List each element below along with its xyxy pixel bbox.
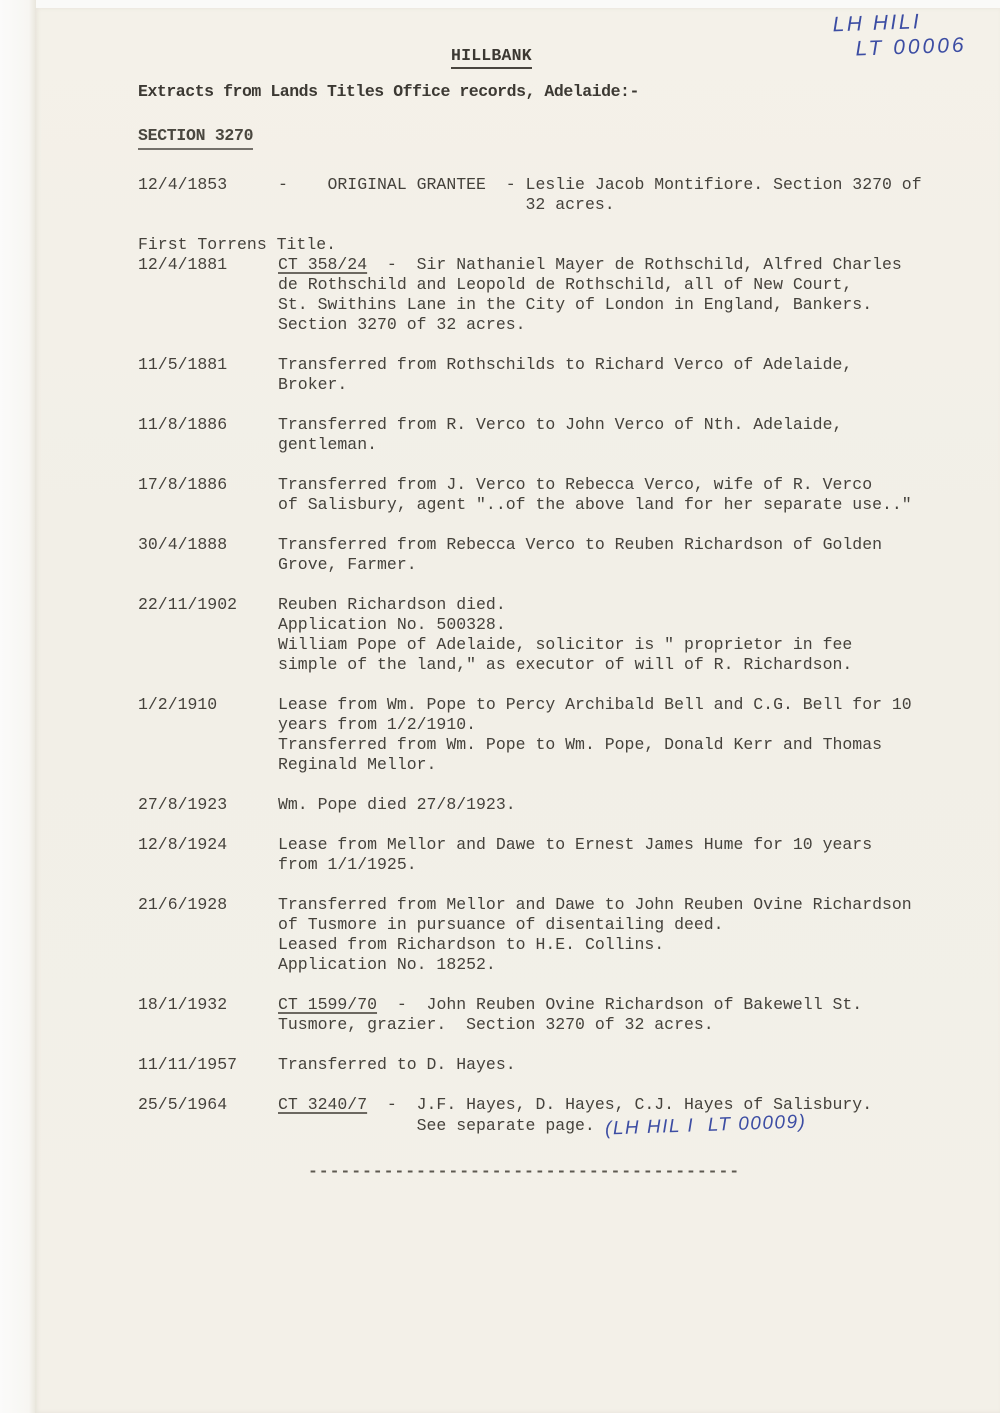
entry-line: Broker. bbox=[278, 375, 980, 395]
lead-line: First Torrens Title. bbox=[138, 235, 980, 255]
record-entry: 11/11/1957Transferred to D. Hayes. bbox=[138, 1055, 980, 1075]
entry-line-text: Lease from Mellor and Dawe to Ernest Jam… bbox=[278, 835, 872, 854]
title-row: HILLBANK bbox=[138, 46, 980, 69]
record-entry: 30/4/1888Transferred from Rebecca Verco … bbox=[138, 535, 980, 575]
entry-line: St. Swithins Lane in the City of London … bbox=[278, 295, 980, 315]
entry-line-text: Transferred to D. Hayes. bbox=[278, 1055, 516, 1074]
entry-line-text: Section 3270 of 32 acres. bbox=[278, 315, 526, 334]
entry-description: Reuben Richardson died.Application No. 5… bbox=[278, 595, 980, 675]
entry-line: Grove, Farmer. bbox=[278, 555, 980, 575]
entry-date: 22/11/1902 bbox=[138, 595, 278, 675]
entry-line: from 1/1/1925. bbox=[278, 855, 980, 875]
entry-date: 11/8/1886 bbox=[138, 415, 278, 455]
entry-line-text: simple of the land," as executor of will… bbox=[278, 655, 852, 674]
entry-line-text: of Salisbury, agent "..of the above land… bbox=[278, 495, 912, 514]
record-entry: 11/5/1881Transferred from Rothschilds to… bbox=[138, 355, 980, 395]
entry-line-text: de Rothschild and Leopold de Rothschild,… bbox=[278, 275, 852, 294]
record-entry: 25/5/1964CT 3240/7 - J.F. Hayes, D. Haye… bbox=[138, 1095, 980, 1136]
entry-line-text: from 1/1/1925. bbox=[278, 855, 417, 874]
entry-date: 17/8/1886 bbox=[138, 475, 278, 515]
entry-line: of Salisbury, agent "..of the above land… bbox=[278, 495, 980, 515]
entry-line-text: Reuben Richardson died. bbox=[278, 595, 506, 614]
entry-line: 32 acres. bbox=[278, 195, 980, 215]
entry-line: Transferred from Wm. Pope to Wm. Pope, D… bbox=[278, 735, 980, 755]
section-heading-row: SECTION 3270 bbox=[138, 126, 980, 150]
entry-line: Transferred from Rebecca Verco to Reuben… bbox=[278, 535, 980, 555]
entry-line-text: Transferred from J. Verco to Rebecca Ver… bbox=[278, 475, 872, 494]
entry-line-text: Grove, Farmer. bbox=[278, 555, 417, 574]
record-entry: 27/8/1923Wm. Pope died 27/8/1923. bbox=[138, 795, 980, 815]
entry-date: 11/11/1957 bbox=[138, 1055, 278, 1075]
entry-line-text: - Sir Nathaniel Mayer de Rothschild, Alf… bbox=[367, 255, 902, 274]
entry-date: 12/4/1853 bbox=[138, 175, 278, 215]
record-entry: 17/8/1886Transferred from J. Verco to Re… bbox=[138, 475, 980, 515]
entry-line: See separate page. (LH HIL I LT 00009) bbox=[278, 1115, 980, 1136]
entry-line: Leased from Richardson to H.E. Collins. bbox=[278, 935, 980, 955]
entry-description: Lease from Mellor and Dawe to Ernest Jam… bbox=[278, 835, 980, 875]
entry-description: Transferred from Rothschilds to Richard … bbox=[278, 355, 980, 395]
entry-line-text: Tusmore, grazier. Section 3270 of 32 acr… bbox=[278, 1015, 714, 1034]
record-entry: 21/6/1928Transferred from Mellor and Daw… bbox=[138, 895, 980, 975]
entry-line-text: Transferred from Rebecca Verco to Reuben… bbox=[278, 535, 882, 554]
entry-line: Lease from Wm. Pope to Percy Archibald B… bbox=[278, 695, 980, 715]
entry-line-text: 32 acres. bbox=[526, 195, 615, 214]
entry-line-text: Application No. 18252. bbox=[278, 955, 496, 974]
entry-line: gentleman. bbox=[278, 435, 980, 455]
entry-description: Wm. Pope died 27/8/1923. bbox=[278, 795, 980, 815]
entry-date: 18/1/1932 bbox=[138, 995, 278, 1035]
entry-line: William Pope of Adelaide, solicitor is "… bbox=[278, 635, 980, 655]
document-subtitle: Extracts from Lands Titles Office record… bbox=[138, 82, 980, 102]
entry-line-text: - John Reuben Ovine Richardson of Bakewe… bbox=[377, 995, 862, 1014]
entry-description: Transferred from Mellor and Dawe to John… bbox=[278, 895, 980, 975]
entry-line-text: Application No. 500328. bbox=[278, 615, 506, 634]
entry-date: 21/6/1928 bbox=[138, 895, 278, 975]
entry-line: Lease from Mellor and Dawe to Ernest Jam… bbox=[278, 835, 980, 855]
entry-line: Reginald Mellor. bbox=[278, 755, 980, 775]
entry-line: simple of the land," as executor of will… bbox=[278, 655, 980, 675]
entry-line-text: Transferred from Wm. Pope to Wm. Pope, D… bbox=[278, 735, 882, 754]
record-entries: 12/4/1853- ORIGINAL GRANTEE - Leslie Jac… bbox=[138, 175, 980, 1136]
entry-description: Transferred from Rebecca Verco to Reuben… bbox=[278, 535, 980, 575]
entry-line-text: of Tusmore in pursuance of disentailing … bbox=[278, 915, 724, 934]
entry-description: CT 358/24 - Sir Nathaniel Mayer de Roths… bbox=[278, 255, 980, 335]
entry-description: Transferred from R. Verco to John Verco … bbox=[278, 415, 980, 455]
entry-line-text: Transferred from R. Verco to John Verco … bbox=[278, 415, 842, 434]
entry-line-text: gentleman. bbox=[278, 435, 377, 454]
document-page: LH HILI LT 00006 HILLBANK Extracts from … bbox=[35, 8, 1000, 1413]
entry-line: CT 3240/7 - J.F. Hayes, D. Hayes, C.J. H… bbox=[278, 1095, 980, 1115]
entry-line: Reuben Richardson died. bbox=[278, 595, 980, 615]
entry-line: Transferred from Mellor and Dawe to John… bbox=[278, 895, 980, 915]
entry-date: 25/5/1964 bbox=[138, 1095, 278, 1136]
entry-line: Transferred to D. Hayes. bbox=[278, 1055, 980, 1075]
entry-line: Application No. 500328. bbox=[278, 615, 980, 635]
entry-description: - ORIGINAL GRANTEE - Leslie Jacob Montif… bbox=[278, 175, 980, 215]
record-entry: 18/1/1932CT 1599/70 - John Reuben Ovine … bbox=[138, 995, 980, 1035]
record-entry: 22/11/1902Reuben Richardson died.Applica… bbox=[138, 595, 980, 675]
entry-line-text: years from 1/2/1910. bbox=[278, 715, 476, 734]
handwritten-annotation-inline: (LH HIL I LT 00009) bbox=[604, 1112, 806, 1139]
entry-description: Lease from Wm. Pope to Percy Archibald B… bbox=[278, 695, 980, 775]
entry-date: 11/5/1881 bbox=[138, 355, 278, 395]
page-title: HILLBANK bbox=[451, 46, 532, 69]
entry-date: 30/4/1888 bbox=[138, 535, 278, 575]
entry-line-text: Transferred from Rothschilds to Richard … bbox=[278, 355, 852, 374]
entry-line-text: Wm. Pope died 27/8/1923. bbox=[278, 795, 516, 814]
record-entry: 11/8/1886Transferred from R. Verco to Jo… bbox=[138, 415, 980, 455]
entry-description: Transferred to D. Hayes. bbox=[278, 1055, 980, 1075]
entry-date: 27/8/1923 bbox=[138, 795, 278, 815]
entry-description: Transferred from J. Verco to Rebecca Ver… bbox=[278, 475, 980, 515]
entry-date: 1/2/1910 bbox=[138, 695, 278, 775]
entry-line-text: Lease from Wm. Pope to Percy Archibald B… bbox=[278, 695, 912, 714]
section-heading: SECTION 3270 bbox=[138, 126, 253, 150]
entry-date: 12/4/1881 bbox=[138, 255, 278, 335]
entry-description: CT 3240/7 - J.F. Hayes, D. Hayes, C.J. H… bbox=[278, 1095, 980, 1136]
entry-line-text: See separate page. bbox=[417, 1116, 605, 1135]
entry-line: CT 358/24 - Sir Nathaniel Mayer de Roths… bbox=[278, 255, 980, 275]
entry-line: Transferred from J. Verco to Rebecca Ver… bbox=[278, 475, 980, 495]
certificate-title-reference: CT 3240/7 bbox=[278, 1095, 367, 1114]
entry-line-text: William Pope of Adelaide, solicitor is "… bbox=[278, 635, 852, 654]
record-entry: 12/4/1881CT 358/24 - Sir Nathaniel Mayer… bbox=[138, 255, 980, 335]
record-entry: 12/4/1853- ORIGINAL GRANTEE - Leslie Jac… bbox=[138, 175, 980, 215]
entry-line: of Tusmore in pursuance of disentailing … bbox=[278, 915, 980, 935]
entry-line-text: Broker. bbox=[278, 375, 347, 394]
entry-line-text: St. Swithins Lane in the City of London … bbox=[278, 295, 872, 314]
certificate-title-reference: CT 358/24 bbox=[278, 255, 367, 274]
entry-description: CT 1599/70 - John Reuben Ovine Richardso… bbox=[278, 995, 980, 1035]
entry-line: Wm. Pope died 27/8/1923. bbox=[278, 795, 980, 815]
entry-date: 12/8/1924 bbox=[138, 835, 278, 875]
document-content: HILLBANK Extracts from Lands Titles Offi… bbox=[138, 46, 980, 1182]
entry-line-text: Transferred from Mellor and Dawe to John… bbox=[278, 895, 912, 914]
scan-edge bbox=[0, 0, 36, 1413]
entry-line: Section 3270 of 32 acres. bbox=[278, 315, 980, 335]
record-entry: 12/8/1924Lease from Mellor and Dawe to E… bbox=[138, 835, 980, 875]
record-entry: 1/2/1910Lease from Wm. Pope to Percy Arc… bbox=[138, 695, 980, 775]
entry-line: - ORIGINAL GRANTEE - Leslie Jacob Montif… bbox=[278, 175, 980, 195]
entry-line: CT 1599/70 - John Reuben Ovine Richardso… bbox=[278, 995, 980, 1015]
end-divider: ---------------------------------------- bbox=[308, 1162, 980, 1182]
entry-line: years from 1/2/1910. bbox=[278, 715, 980, 735]
entry-line-text: - ORIGINAL GRANTEE - Leslie Jacob Montif… bbox=[278, 175, 922, 194]
entry-line: Tusmore, grazier. Section 3270 of 32 acr… bbox=[278, 1015, 980, 1035]
certificate-title-reference: CT 1599/70 bbox=[278, 995, 377, 1014]
entry-line: de Rothschild and Leopold de Rothschild,… bbox=[278, 275, 980, 295]
entry-line: Transferred from Rothschilds to Richard … bbox=[278, 355, 980, 375]
entry-line: Transferred from R. Verco to John Verco … bbox=[278, 415, 980, 435]
entry-line: Application No. 18252. bbox=[278, 955, 980, 975]
entry-line-text: Leased from Richardson to H.E. Collins. bbox=[278, 935, 664, 954]
entry-line-text: Reginald Mellor. bbox=[278, 755, 436, 774]
